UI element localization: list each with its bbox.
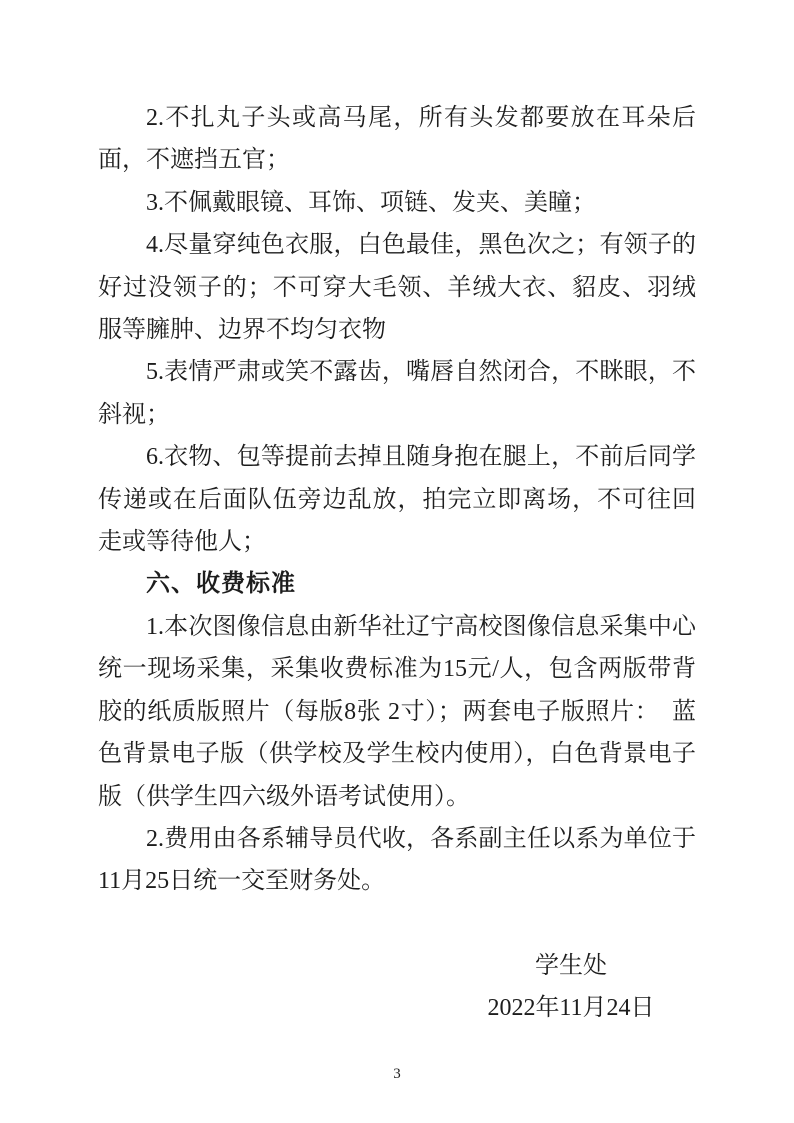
fee-item-2: 2.费用由各系辅导员代收，各系副主任以系为单位于11月25日统一交至财务处。: [98, 818, 696, 903]
rule-item-3: 3.不佩戴眼镜、耳饰、项链、发夹、美瞳；: [98, 182, 696, 224]
signature-date: 2022年11月24日: [446, 987, 696, 1029]
rule-item-2: 2.不扎丸子头或高马尾，所有头发都要放在耳朵后面，不遮挡五官；: [98, 97, 696, 182]
section-heading-fees: 六、收费标准: [98, 563, 696, 605]
page-number: 3: [0, 1064, 794, 1084]
fee-item-1: 1.本次图像信息由新华社辽宁高校图像信息采集中心统一现场采集，采集收费标准为15…: [98, 606, 696, 818]
signature-name: 学生处: [446, 945, 696, 987]
rule-item-6: 6.衣物、包等提前去掉且随身抱在腿上，不前后同学传递或在后面队伍旁边乱放，拍完立…: [98, 436, 696, 563]
rule-item-5: 5.表情严肃或笑不露齿，嘴唇自然闭合，不眯眼，不斜视；: [98, 351, 696, 436]
document-page: 2.不扎丸子头或高马尾，所有头发都要放在耳朵后面，不遮挡五官； 3.不佩戴眼镜、…: [0, 0, 794, 1123]
rule-item-4: 4.尽量穿纯色衣服，白色最佳，黑色次之；有领子的好过没领子的；不可穿大毛领、羊绒…: [98, 224, 696, 351]
signature-block: 学生处 2022年11月24日: [446, 945, 696, 1030]
